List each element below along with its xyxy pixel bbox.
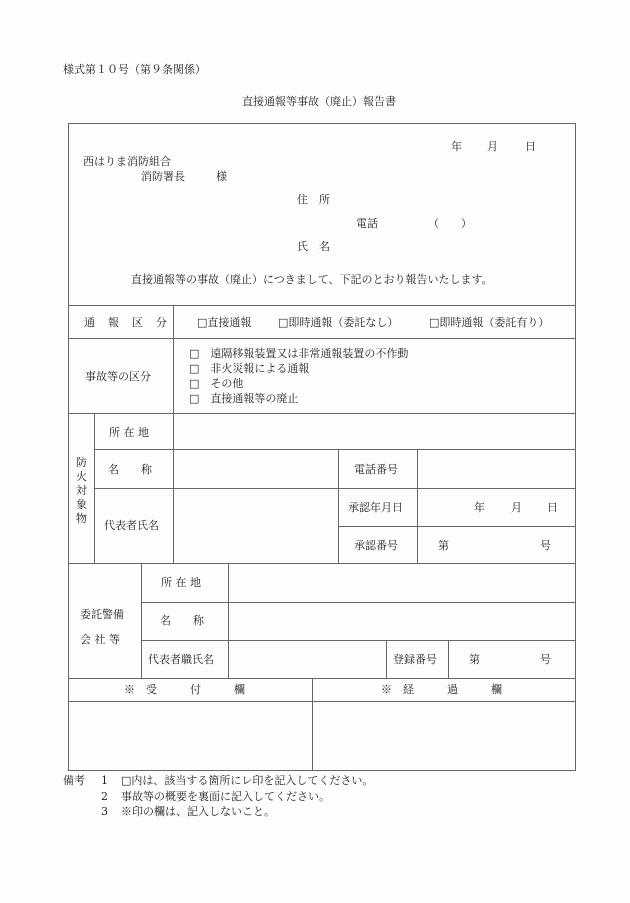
- approval-number-prefix: 第: [438, 540, 449, 551]
- registration-number-prefix: 第: [469, 654, 480, 665]
- reception-label: ※ 受 付 欄: [124, 684, 245, 695]
- security-name-field[interactable]: [229, 603, 576, 640]
- report-type-immediate-contract-checkbox[interactable]: □即時通報（委託有り）: [429, 317, 549, 328]
- fire-object-label-0: 防: [76, 457, 87, 468]
- approval-number-label: 承認番号: [354, 540, 398, 551]
- date-month: 月: [487, 141, 498, 152]
- fire-object-representative-label: 代表者氏名: [104, 520, 159, 531]
- fire-object-phone-label: 電話番号: [354, 464, 398, 475]
- form-number: 様式第１０号（第９条関係）: [63, 64, 206, 75]
- security-location-label: 所 在 地: [161, 577, 201, 588]
- fire-object-label-3: 象: [76, 499, 87, 510]
- fire-object-name-field[interactable]: [174, 450, 338, 488]
- note-2-num: 2: [101, 791, 108, 802]
- date-day: 日: [525, 141, 536, 152]
- approval-date-year: 年: [474, 502, 485, 513]
- note-1-num: 1: [101, 775, 108, 786]
- progress-label: ※ 経 過 欄: [381, 684, 502, 695]
- phone-label: 電話: [356, 218, 378, 229]
- fire-object-name-label: 名 称: [108, 464, 152, 475]
- fire-object-representative-field[interactable]: [174, 489, 338, 563]
- approval-date-month: 月: [511, 502, 522, 513]
- approval-date-label: 承認年月日: [348, 502, 403, 513]
- security-name-label: 名 称: [160, 615, 204, 626]
- incident-option-other[interactable]: □ その他: [189, 378, 243, 389]
- fire-object-label-2: 対: [76, 485, 87, 496]
- security-representative-label: 代表者職氏名: [148, 654, 214, 665]
- security-company-label-2: 会 社 等: [80, 634, 120, 645]
- page-title: 直接通報等事故（廃止）報告書: [242, 96, 396, 107]
- security-location-field[interactable]: [229, 564, 576, 602]
- addressee-honorific: 様: [216, 171, 227, 182]
- name-label: 氏 名: [297, 241, 330, 252]
- fire-object-phone-field[interactable]: [418, 450, 576, 488]
- address-label: 住 所: [297, 194, 330, 205]
- notes-label: 備考: [63, 775, 85, 786]
- incident-option-abolition[interactable]: □ 直接通報等の廃止: [189, 393, 298, 404]
- addressee-title: 消防署長: [141, 171, 185, 182]
- fire-object-location-label: 所 在 地: [109, 427, 149, 438]
- security-company-label-1: 委託警備: [80, 609, 124, 620]
- report-type-immediate-no-contract-checkbox[interactable]: □即時通報（委託なし）: [278, 317, 398, 328]
- approval-date-day: 日: [547, 502, 558, 513]
- report-type-label: 通 報 区 分: [84, 317, 168, 328]
- approval-number-suffix: 号: [540, 540, 551, 551]
- fire-object-location-field[interactable]: [174, 414, 576, 449]
- note-3-num: 3: [101, 806, 108, 817]
- incident-type-label: 事故等の区分: [85, 371, 151, 382]
- security-representative-field[interactable]: [229, 641, 386, 678]
- note-3-text: ※印の欄は、記入しないこと。: [121, 806, 275, 817]
- incident-option-malfunction[interactable]: □ 遠隔移報装置又は非常通報装置の不作動: [189, 348, 408, 359]
- note-1-text: □内は、該当する箇所にレ印を記入してください。: [121, 775, 373, 786]
- fire-object-label-1: 火: [76, 471, 87, 482]
- phone-parens: （ ）: [428, 218, 472, 229]
- report-type-direct-checkbox[interactable]: □直接通報: [197, 317, 251, 328]
- incident-option-false-alarm[interactable]: □ 非火災報による通報: [189, 363, 309, 374]
- addressee-org: 西はりま消防組合: [83, 156, 171, 167]
- registration-number-suffix: 号: [540, 654, 551, 665]
- fire-object-label-4: 物: [76, 513, 87, 524]
- date-year: 年: [451, 141, 462, 152]
- note-2-text: 事故等の概要を裏面に記入してください。: [121, 791, 330, 802]
- registration-number-label: 登録番号: [393, 654, 437, 665]
- statement: 直接通報等の事故（廃止）につきまして、下記のとおり報告いたします。: [131, 274, 493, 285]
